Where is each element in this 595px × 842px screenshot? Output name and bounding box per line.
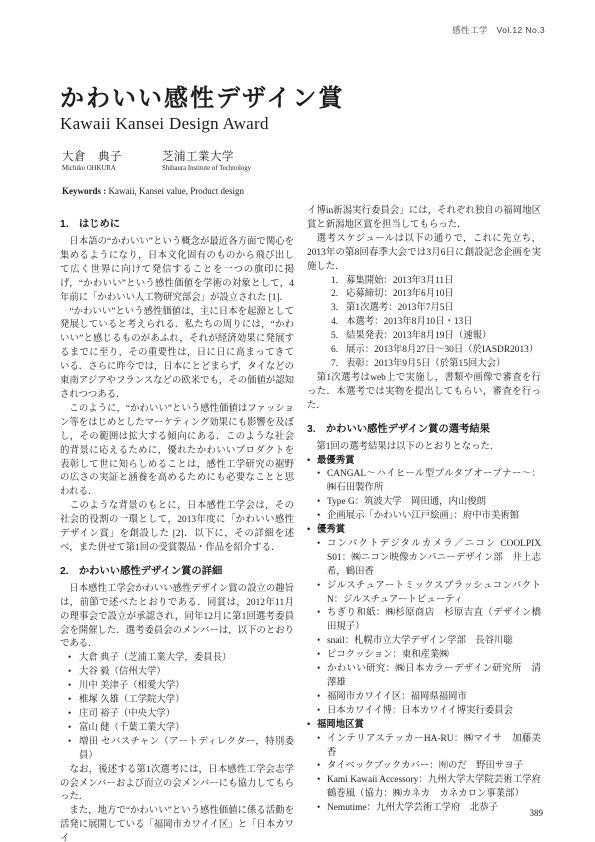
schedule-number: 1. [331,275,346,289]
award-item-text: かわいい研究：㈱日本カラーデザイン研究所 清澤雄 [327,663,541,691]
paragraph: 第1回の選考結果は以下のとおりとなった． [307,441,541,455]
paragraph: このような背景のもとに，日本感性工学会は，その社会的役割の一環として，2013年… [60,500,294,556]
paper-page: 感性工学 Vol.12 No.3 かわいい感性デザイン賞 Kawaii Kans… [0,0,595,842]
bullet-icon: • [317,510,327,524]
schedule-item: 5. 結果発表：2013年8月19日（速報） [307,330,541,344]
schedule-item: 4. 本選考：2013年8月10日・13日 [307,316,541,330]
paragraph: なお，後述する第1次選考には，日本感性工学会志学の会メンバーおよび而立の会メンバ… [60,764,294,806]
member-text: 富山 健（千葉工業大学） [79,722,294,736]
award-group-label: • 福岡地区賞 [307,719,541,733]
bullet-icon: • [317,802,327,816]
award-item: • ジルスチュアートミックスブラッシュコンパクトN：ジルスチュアートビューティ [307,580,541,608]
keywords-text: Kawaii, Kansei value, Product design [109,186,244,196]
member-text: 大倉 典子（芝浦工業大学，委員長） [79,652,294,666]
award-group-title: 優秀賞 [317,524,541,538]
schedule-text: 本選考：2013年8月10日・13日 [346,316,541,330]
award-item-text: Nemutime：九州大学芸術工学府 北恭子 [327,802,541,816]
award-group-title: 福岡地区賞 [317,719,541,733]
committee-member: • 椎塚 久雄（工学院大学） [60,694,294,708]
paragraph: イ博in新潟実行委員会」には，それぞれ独自の福岡地区賞と新潟地区賞を担当してもら… [307,205,541,233]
award-item: • タイベックブックカバー：㈲のだ 野田サヨ子 [307,760,541,774]
bullet-icon: • [317,580,327,608]
award-item: • snail：札幌市立大学デザイン学部 長谷川聡 [307,635,541,649]
bullet-icon: • [68,652,79,666]
schedule-item: 7. 表彰：2013年9月5日（於第15回大会） [307,358,541,372]
award-item-text: 福岡市カワイイ区：福岡県福岡市 [327,691,541,705]
award-item: • 日本カワイイ博：日本カワイイ博実行委員会 [307,705,541,719]
award-item: • Nemutime：九州大学芸術工学府 北恭子 [307,802,541,816]
bullet-icon: • [317,705,327,719]
award-item: • ピコクッション：東和産業㈱ [307,649,541,663]
schedule-text: 表彰：2013年9月5日（於第15回大会） [346,358,541,372]
award-group-title: 最優秀賞 [317,455,541,469]
award-item-text: コンパクトデジタルカメラ／ニコン COOLPIX S01：㈱ニコン映像カンパニー… [327,538,541,580]
bullet-icon: • [317,649,327,663]
bullet-icon: • [68,666,79,680]
member-text: 増田 セバスチャン（アートディレクター，特別委員） [79,736,294,764]
schedule-number: 7. [331,358,346,372]
award-item-text: ちぎり和紙：㈱杉原商店 杉原吉直（デザイン橋田規子） [327,607,541,635]
page-title: かわいい感性デザイン賞 [60,78,344,113]
schedule-text: 第1次選考：2013年7月5日 [346,302,541,316]
schedule-item: 1. 募集開始：2013年3月11日 [307,275,541,289]
award-item-text: 企画展示「かわいい江戸絵画」：府中市美術館 [327,510,541,524]
bullet-icon: • [68,722,79,736]
schedule-item: 6. 展示：2013年8月27日～30日（於IASDR2013） [307,344,541,358]
paragraph: 日本感性工学会かわいい感性デザイン賞の設立の趣旨は，前節で述べたとおりである．同… [60,583,294,653]
paragraph: 選考スケジュールは以下の通りで，これに先立ち，2013年の第8回春季大会では3月… [307,233,541,275]
keywords-line: Keywords : Kawaii, Kansei value, Product… [62,186,244,196]
award-item: • Kami Kawaii Accessory：九州大学大学院芸術工学府 鶴巻風… [307,774,541,802]
schedule-number: 2. [331,288,346,302]
bullet-icon: • [307,455,317,469]
award-item: • インテリアステッカーHA-RU：㈱マイサ 加藤美香 [307,733,541,761]
paragraph: このように，“かわいい”という感性価値はファッション等をはじめとしたマーケティン… [60,403,294,500]
award-item-text: Type G：筑波大学 岡田通，内山俊朗 [327,496,541,510]
paragraph: また，地方で“かわいい”という感性価値に係る活動を活発に展開している「福岡市カワ… [60,805,294,842]
schedule-item: 2. 応募締切：2013年6月10日 [307,288,541,302]
award-item-text: ジルスチュアートミックスブラッシュコンパクトN：ジルスチュアートビューティ [327,580,541,608]
bullet-icon: • [317,663,327,691]
affiliation-ja: 芝浦工業大学 [162,148,262,164]
bullet-icon: • [68,680,79,694]
journal-header: 感性工学 Vol.12 No.3 [452,24,545,36]
schedule-number: 6. [331,344,346,358]
bullet-icon: • [317,607,327,635]
author-name-ja: 大倉 典子 [62,148,162,164]
author-name: 大倉 典子 Michiko OHKURA [62,148,162,172]
bullet-icon: • [68,736,79,764]
award-item: • かわいい研究：㈱日本カラーデザイン研究所 清澤雄 [307,663,541,691]
paragraph: 日本語の“かわいい”という概念が最近各方面で関心を集めるようになり，日本文化固有… [60,236,294,306]
bullet-icon: • [307,524,317,538]
paragraph: “かわいい”という感性価値は，主に日本を起源として発展していると考えられる．私た… [60,306,294,403]
paragraph: 第1次選考はweb上で実施し，書類や画像で審査を行った．本選考では実物を提出して… [307,372,541,414]
author-block: 大倉 典子 Michiko OHKURA 芝浦工業大学 Shibaura Ins… [62,148,262,172]
award-item: • CANGAL～ハイヒール型プルタブオープナー～：㈱石田製作所 [307,468,541,496]
left-column: 1. はじめに 日本語の“かわいい”という概念が最近各方面で関心を集めるようにな… [60,205,294,842]
award-group-excellence-prize: • 優秀賞 • コンパクトデジタルカメラ／ニコン COOLPIX S01：㈱ニコ… [307,524,541,719]
bullet-icon: • [68,694,79,708]
bullet-icon: • [68,708,79,722]
committee-member: • 増田 セバスチャン（アートディレクター，特別委員） [60,736,294,764]
committee-member: • 富山 健（千葉工業大学） [60,722,294,736]
schedule-number: 3. [331,302,346,316]
award-item-text: インテリアステッカーHA-RU：㈱マイサ 加藤美香 [327,733,541,761]
two-column-body: 1. はじめに 日本語の“かわいい”という概念が最近各方面で関心を集めるようにな… [60,205,541,842]
member-text: 庄司 裕子（中央大学） [79,708,294,722]
bullet-icon: • [317,774,327,802]
section-2-heading: 2. かわいい感性デザイン賞の詳細 [60,565,294,578]
award-item-text: タイベックブックカバー：㈲のだ 野田サヨ子 [327,760,541,774]
member-text: 大谷 毅（信州大学） [79,666,294,680]
author-affiliation: 芝浦工業大学 Shibaura Institute of Technology [162,148,262,172]
schedule-text: 展示：2013年8月27日～30日（於IASDR2013） [346,344,541,358]
schedule-text: 募集開始：2013年3月11日 [346,275,541,289]
schedule-text: 結果発表：2013年8月19日（速報） [346,330,541,344]
award-item: • コンパクトデジタルカメラ／ニコン COOLPIX S01：㈱ニコン映像カンパ… [307,538,541,580]
bullet-icon: • [317,496,327,510]
award-item-text: ピコクッション：東和産業㈱ [327,649,541,663]
section-3-heading: 3. かわいい感性デザイン賞の選考結果 [307,423,541,436]
bullet-icon: • [317,468,327,496]
bullet-icon: • [317,691,327,705]
bullet-icon: • [317,635,327,649]
award-group-grand-prize: • 最優秀賞 • CANGAL～ハイヒール型プルタブオープナー～：㈱石田製作所 … [307,455,541,525]
committee-member: • 大倉 典子（芝浦工業大学，委員長） [60,652,294,666]
member-text: 川中 美津子（相愛大学） [79,680,294,694]
page-title-english: Kawaii Kansei Design Award [60,114,269,134]
award-item: • Type G：筑波大学 岡田通，内山俊朗 [307,496,541,510]
award-group-label: • 最優秀賞 [307,455,541,469]
award-item: • 福岡市カワイイ区：福岡県福岡市 [307,691,541,705]
bullet-icon: • [307,719,317,733]
award-item-text: Kami Kawaii Accessory：九州大学大学院芸術工学府 鶴巻風（協… [327,774,541,802]
award-item: • 企画展示「かわいい江戸絵画」：府中市美術館 [307,510,541,524]
award-item-text: snail：札幌市立大学デザイン学部 長谷川聡 [327,635,541,649]
bullet-icon: • [317,733,327,761]
bullet-icon: • [317,760,327,774]
award-group-label: • 優秀賞 [307,524,541,538]
bullet-icon: • [317,538,327,580]
award-group-fukuoka-prize: • 福岡地区賞 • インテリアステッカーHA-RU：㈱マイサ 加藤美香 • タイ… [307,719,541,816]
award-item-text: CANGAL～ハイヒール型プルタブオープナー～：㈱石田製作所 [327,468,541,496]
schedule-number: 5. [331,330,346,344]
page-number: 389 [530,808,544,818]
schedule-number: 4. [331,316,346,330]
schedule-item: 3. 第1次選考：2013年7月5日 [307,302,541,316]
committee-member: • 川中 美津子（相愛大学） [60,680,294,694]
affiliation-en: Shibaura Institute of Technology [162,165,262,172]
member-text: 椎塚 久雄（工学院大学） [79,694,294,708]
schedule-text: 応募締切：2013年6月10日 [346,288,541,302]
committee-member: • 大谷 毅（信州大学） [60,666,294,680]
author-name-en: Michiko OHKURA [62,165,162,172]
committee-member: • 庄司 裕子（中央大学） [60,708,294,722]
section-1-heading: 1. はじめに [60,218,294,231]
right-column: イ博in新潟実行委員会」には，それぞれ独自の福岡地区賞と新潟地区賞を担当してもら… [307,205,541,842]
award-item: • ちぎり和紙：㈱杉原商店 杉原吉直（デザイン橋田規子） [307,607,541,635]
award-item-text: 日本カワイイ博：日本カワイイ博実行委員会 [327,705,541,719]
keywords-label: Keywords : [62,186,106,196]
